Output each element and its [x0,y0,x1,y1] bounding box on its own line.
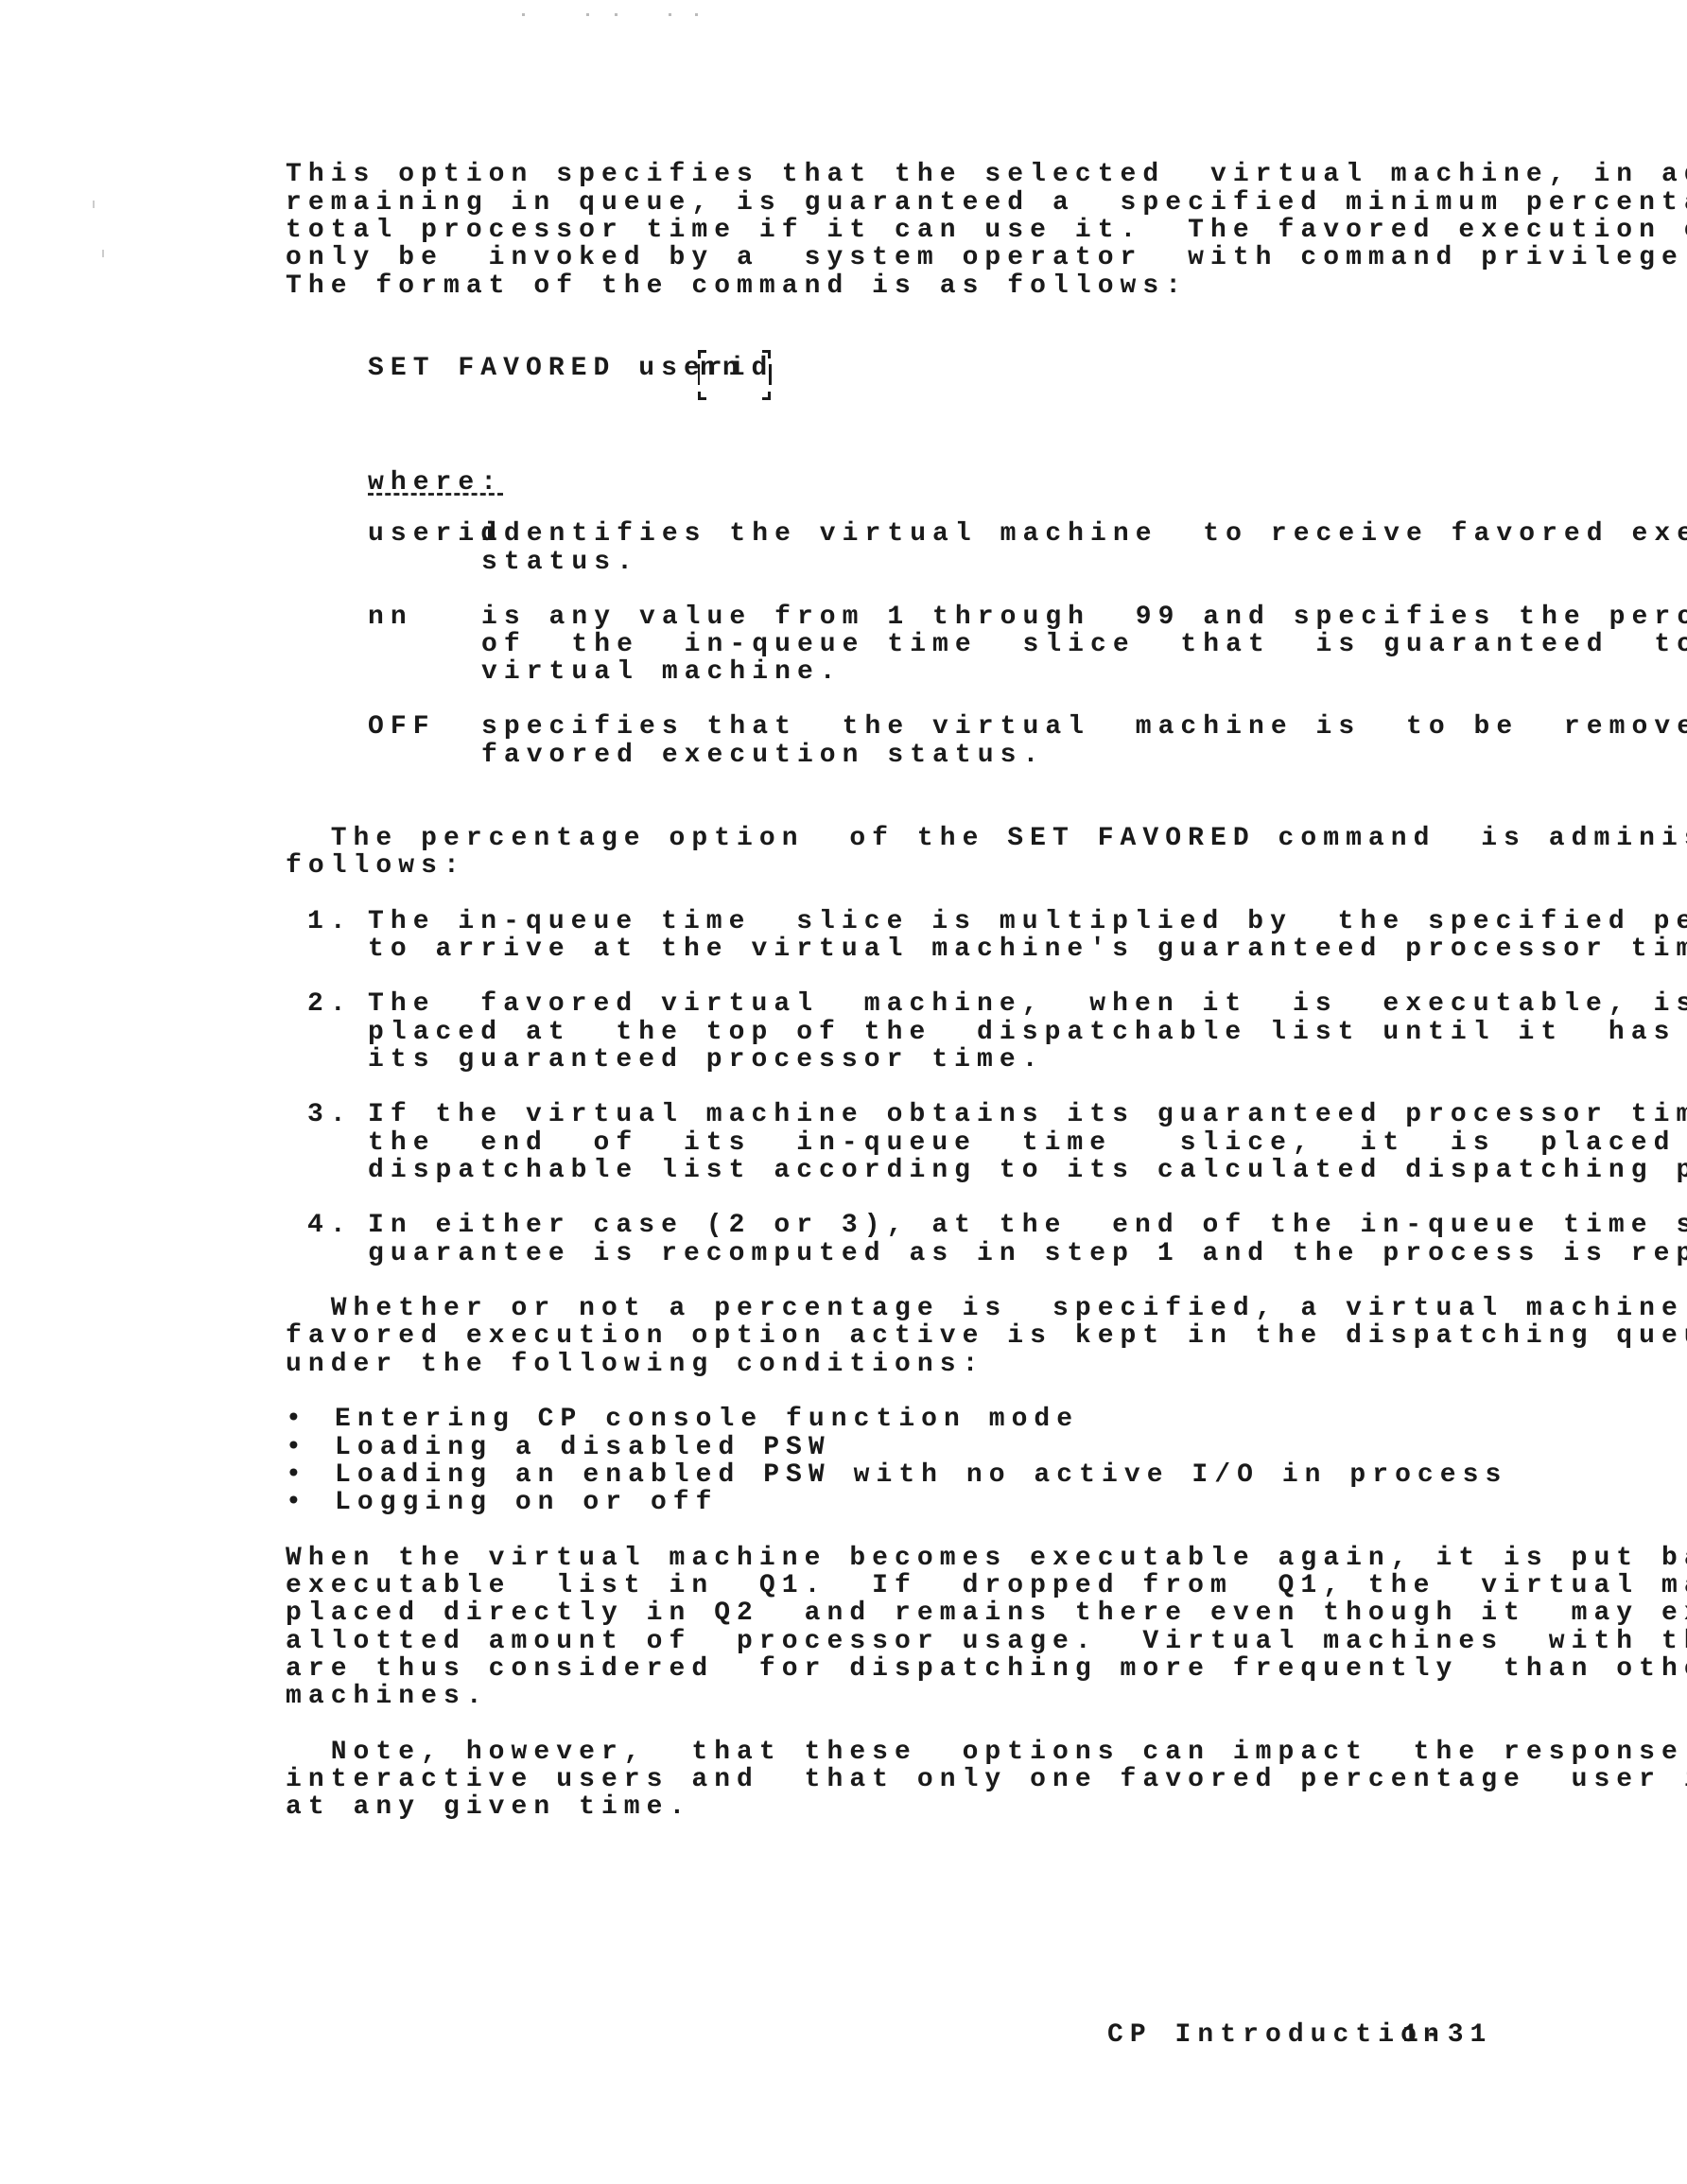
where-label: where: [368,469,503,498]
list-item-text: Loading a disabled PSW [335,1434,831,1462]
bullet-icon: • [286,1489,308,1517]
step-text: In either case (2 or 3), at the end of t… [368,1212,1687,1240]
bracket-left-bar [698,364,700,385]
scan-speck [695,13,698,16]
step-text: the end of its in-queue time slice, it i… [368,1129,1687,1158]
bracket-bottom-left [698,392,706,400]
bullet-icon: • [286,1434,308,1462]
definition-term: nn [368,603,413,632]
definition-text: identifies the virtual machine to receiv… [481,520,1687,549]
bracket-bottom-right [762,392,771,400]
bullet-icon: • [286,1406,308,1434]
list-item-text: Loading an enabled PSW with no active I/… [335,1461,1507,1490]
bracket-top-left [698,350,706,358]
text-line: at any given time. [286,1793,691,1822]
text-line: only be invoked by a system operator wit… [286,244,1687,272]
definition-text: favored execution status. [481,742,1045,770]
step-text: placed at the top of the dispatchable li… [368,1019,1687,1047]
text-line: under the following conditions: [286,1351,984,1379]
step-number: 2. [307,990,353,1019]
step-text: If the virtual machine obtains its guara… [368,1101,1687,1129]
footer-section-title: CP Introduction [1107,2021,1446,2050]
text-line: Note, however, that these options can im… [286,1738,1687,1767]
bullet-icon: • [286,1461,308,1490]
where-word: where: [368,468,503,498]
definition-text: of the in-queue time slice that is guara… [481,631,1687,659]
text-line: When the virtual machine becomes executa… [286,1545,1687,1573]
step-number: 4. [307,1212,353,1240]
text-line: machines. [286,1683,489,1711]
command-option: nn [700,355,745,383]
text-line: Whether or not a percentage is specified… [286,1295,1687,1323]
text-line: are thus considered for dispatching more… [286,1655,1687,1684]
step-text: to arrive at the virtual machine's guara… [368,935,1687,964]
text-line: remaining in queue, is guaranteed a spec… [286,189,1687,218]
text-line: follows: [286,852,466,881]
text-line: executable list in Q1. If dropped from Q… [286,1572,1687,1600]
scan-speck [669,13,671,16]
definition-term: OFF [368,713,436,742]
step-text: dispatchable list according to its calcu… [368,1157,1687,1185]
text-line: This option specifies that the selected … [286,161,1687,189]
text-line: The percentage option of the SET FAVORED… [286,825,1687,853]
text-line: favored execution option active is kept … [286,1322,1687,1351]
text-line: total processor time if it can use it. T… [286,217,1687,245]
document-page: This option specifies that the selected … [0,0,1687,2184]
step-text: its guaranteed processor time. [368,1046,1045,1075]
list-item-text: Logging on or off [335,1489,719,1517]
step-text: The favored virtual machine, when it is … [368,990,1687,1019]
bracket-top-right [762,350,771,358]
step-number: 3. [307,1101,353,1129]
scan-mark [102,250,104,257]
definition-text: virtual machine. [481,658,843,687]
step-text: guarantee is recomputed as in step 1 and… [368,1240,1687,1268]
scan-speck [522,13,525,16]
text-line: allotted amount of processor usage. Virt… [286,1628,1687,1656]
text-line: placed directly in Q2 and remains there … [286,1599,1687,1628]
page-number: 1-31 [1402,2021,1492,2050]
scan-speck [586,13,589,16]
step-text: The in-queue time slice is multiplied by… [368,908,1687,936]
list-item-text: Entering CP console function mode [335,1406,1079,1434]
bracket-right-bar [769,364,772,385]
step-number: 1. [307,908,353,936]
definition-text: specifies that the virtual machine is to… [481,713,1687,742]
scan-mark [93,201,95,208]
text-line: The format of the command is as follows: [286,272,1188,301]
scan-speck [615,13,617,16]
definition-text: status. [481,549,639,577]
text-line: interactive users and that only one favo… [286,1766,1687,1794]
definition-text: is any value from 1 through 99 and speci… [481,603,1687,632]
